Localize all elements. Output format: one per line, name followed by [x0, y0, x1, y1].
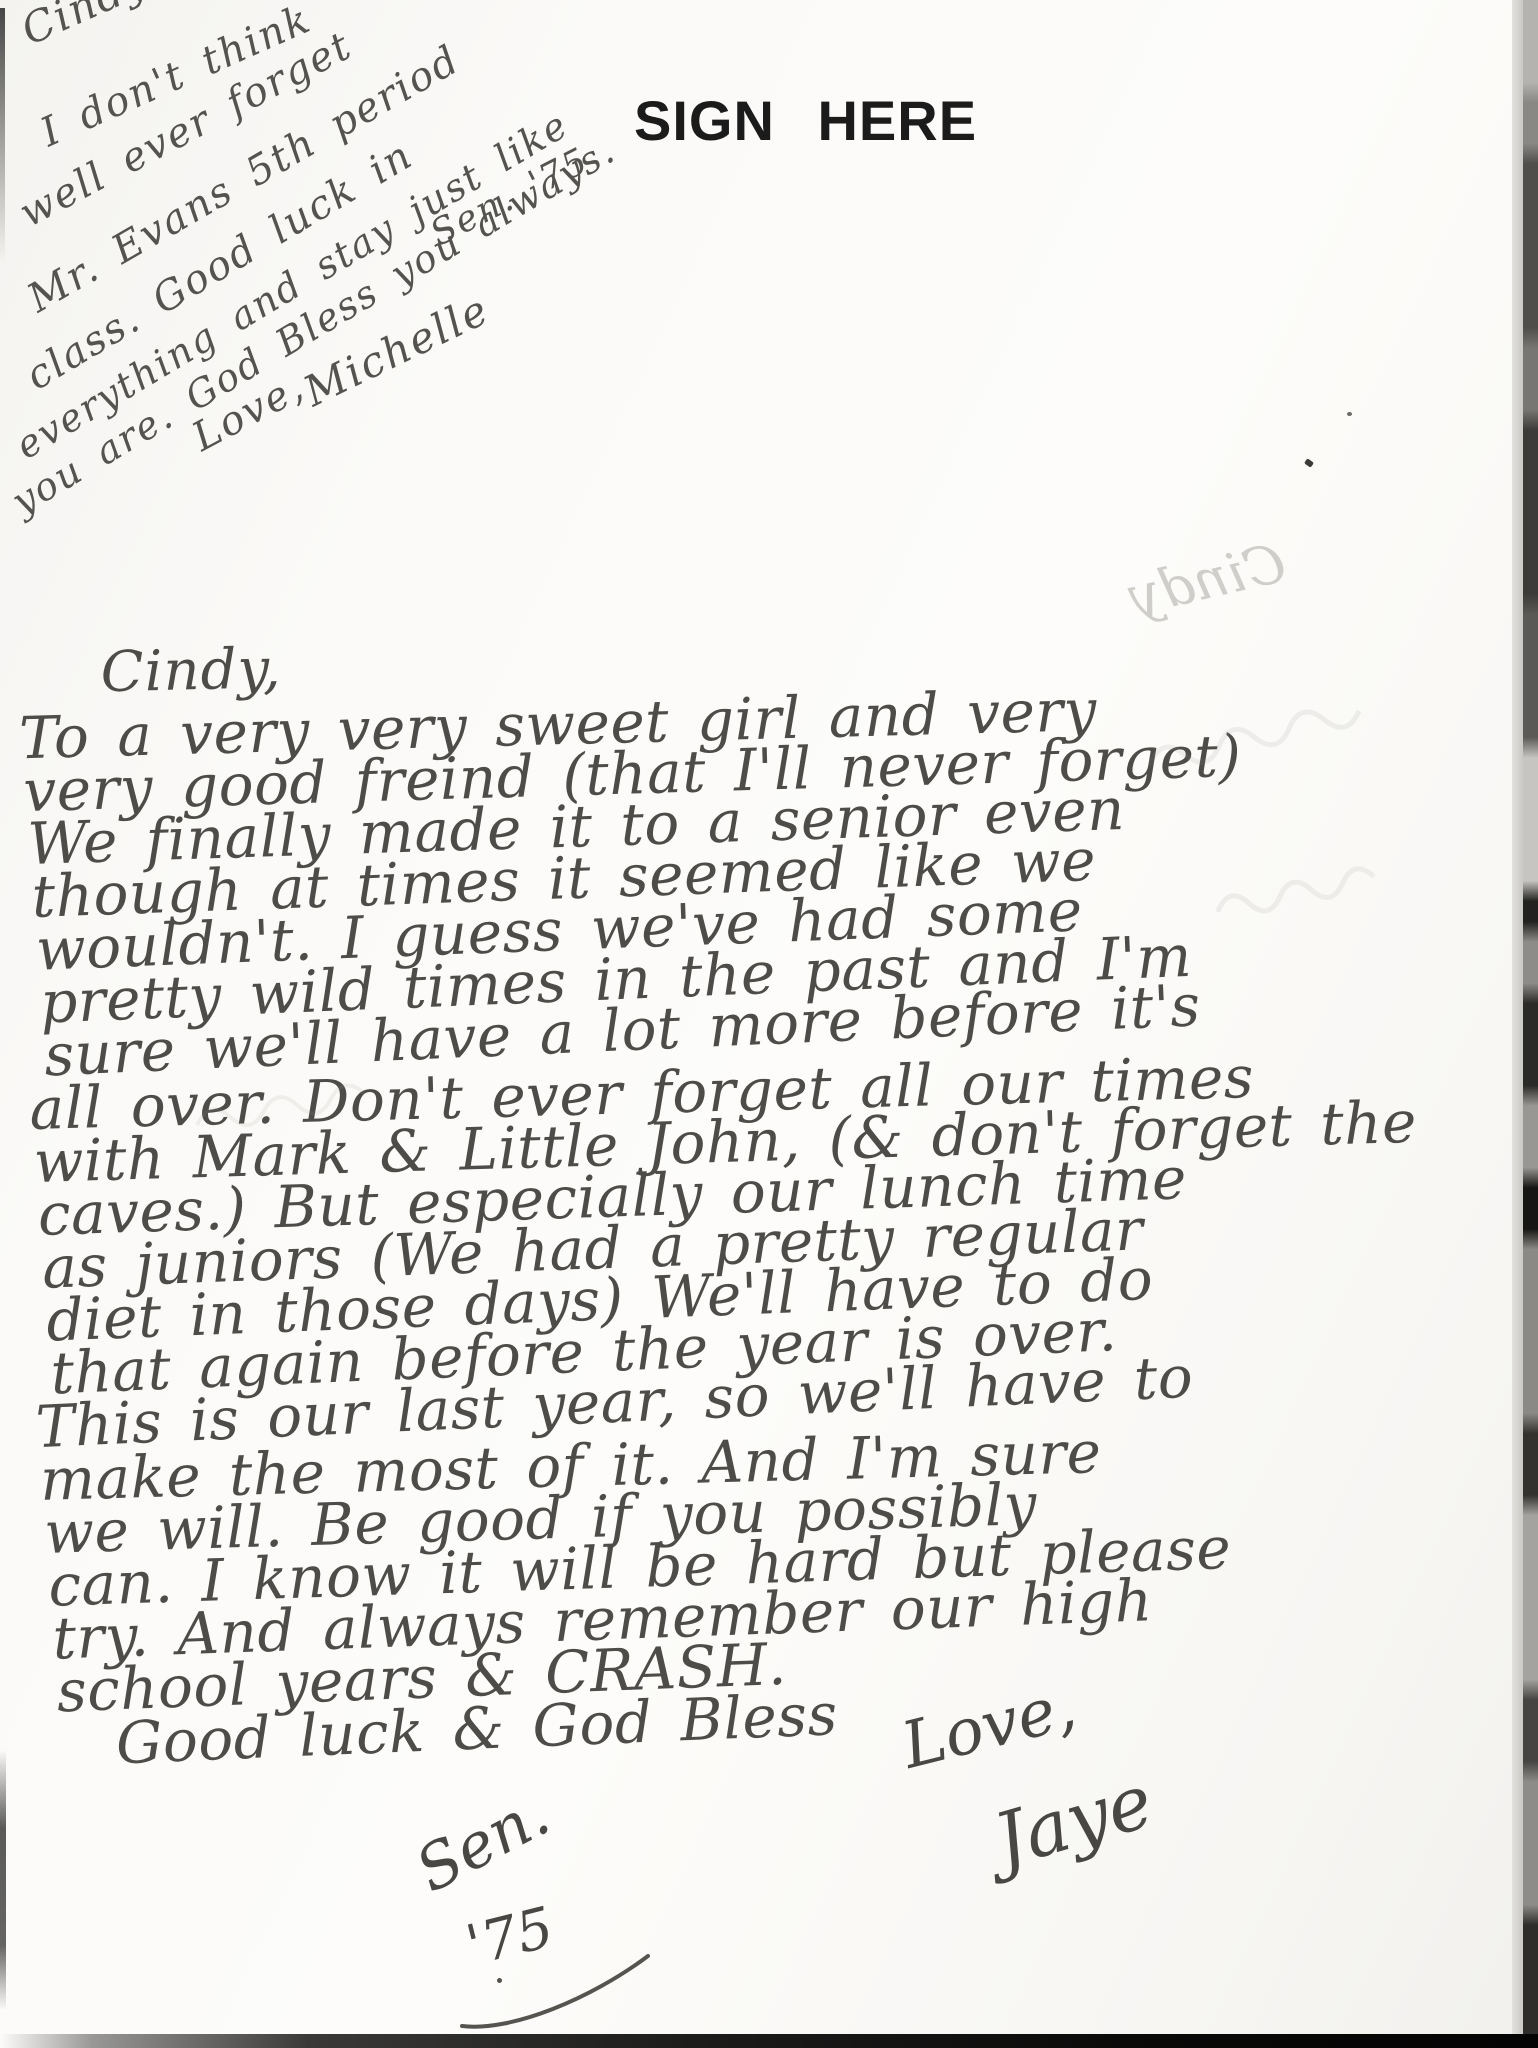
signature-underline-flourish: [452, 1948, 662, 2033]
scan-edge-bottom-left: [0, 1750, 6, 2010]
corner-note-line: Cindy,: [14, 0, 165, 55]
dust-speck: [1347, 412, 1352, 416]
dust-speck: [1304, 458, 1314, 468]
page-title: SIGN HERE: [634, 88, 977, 153]
letter-signature: Jaye: [985, 1758, 1162, 1885]
class-abbrev: Sen.: [404, 1777, 561, 1907]
yearbook-autograph-page: SIGN HERE Cindy,I don't thinkwell ever f…: [0, 0, 1538, 2048]
book-spine-edge: [1523, 0, 1538, 2048]
letter: Cindy, To a very very sweet girl and ver…: [26, 606, 1531, 1771]
scan-edge-bottom: [0, 2034, 1538, 2048]
scan-edge-top-left: [0, 8, 5, 263]
dust-speck: [497, 1978, 502, 1983]
letter-body: To a very very sweet girl and veryvery g…: [28, 678, 1532, 1771]
